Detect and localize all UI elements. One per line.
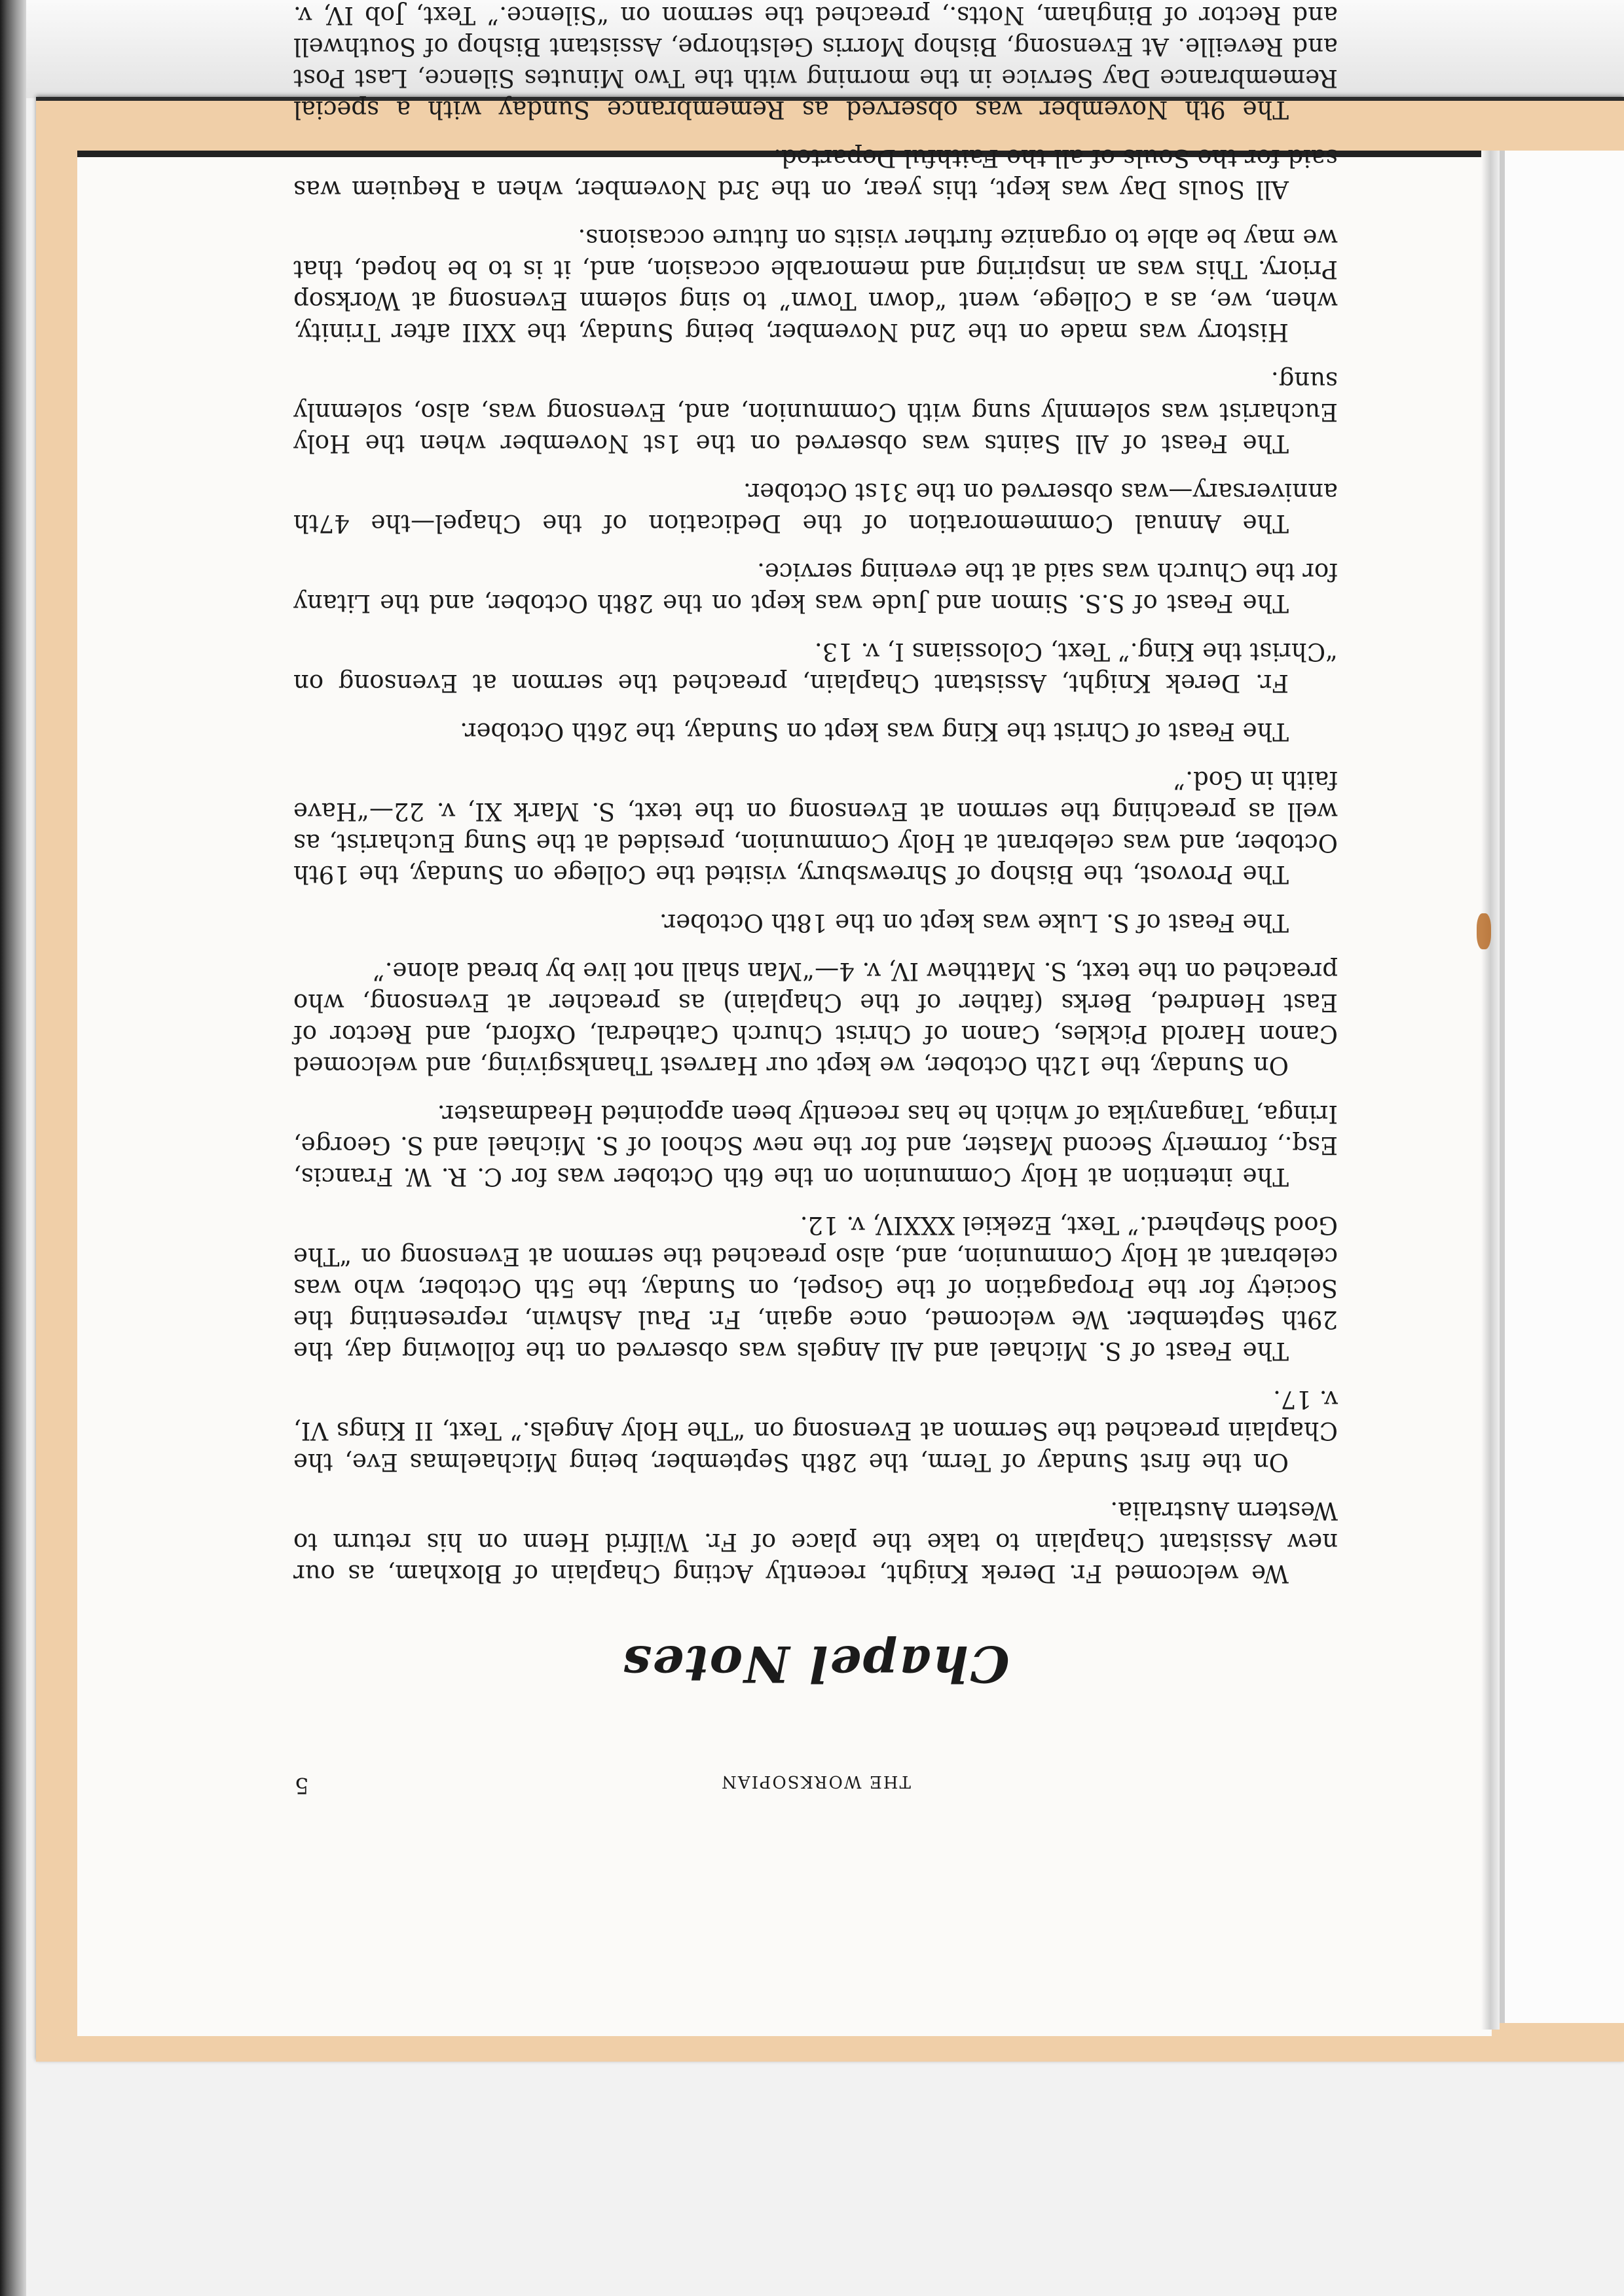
paragraph: The Provost, the Bishop of Shrewsbury, v… (293, 764, 1338, 890)
paragraph: The Feast of Christ the King was kept on… (293, 716, 1338, 747)
paragraph: We welcomed Fr. Derek Knight, recently A… (293, 1495, 1338, 1589)
page-number: 5 (293, 1770, 309, 1801)
article-body: We welcomed Fr. Derek Knight, recently A… (293, 0, 1338, 1589)
text-block: THE WORKSOPIAN 5 Chapel Notes We welcome… (293, 0, 1338, 1797)
paragraph: History was made on the 2nd November, be… (293, 222, 1338, 348)
article-title: Chapel Notes (293, 1648, 1338, 1679)
paragraph: The 9th November was observed as Remembr… (293, 0, 1338, 125)
paragraph: The Feast of S. Luke was kept on the 18t… (293, 907, 1338, 938)
paragraph: Fr. Derek Knight, Assistant Chaplain, pr… (293, 636, 1338, 699)
adjacent-page (1500, 151, 1624, 2023)
publication-title: THE WORKSOPIAN (293, 1766, 1338, 1797)
running-head: THE WORKSOPIAN 5 (293, 1764, 1338, 1797)
paragraph: The Feast of S.S. Simon and Jude was kep… (293, 556, 1338, 619)
paragraph: The Annual Commemoration of the Dedicati… (293, 476, 1338, 539)
page-content: THE WORKSOPIAN 5 Chapel Notes We welcome… (77, 151, 1492, 2030)
paragraph: On the first Sunday of Term, the 28th Se… (293, 1383, 1338, 1478)
paragraph: On Sunday, the 12th October, we kept our… (293, 955, 1338, 1081)
paragraph: The Feast of All Saints was observed on … (293, 365, 1338, 459)
paragraph: All Souls Day was kept, this year, on th… (293, 142, 1338, 205)
paragraph: The Feast of S. Michael and All Angels w… (293, 1209, 1338, 1366)
scanner-edge (0, 0, 26, 2296)
paragraph: The intention at Holy Communion on the 6… (293, 1098, 1338, 1192)
